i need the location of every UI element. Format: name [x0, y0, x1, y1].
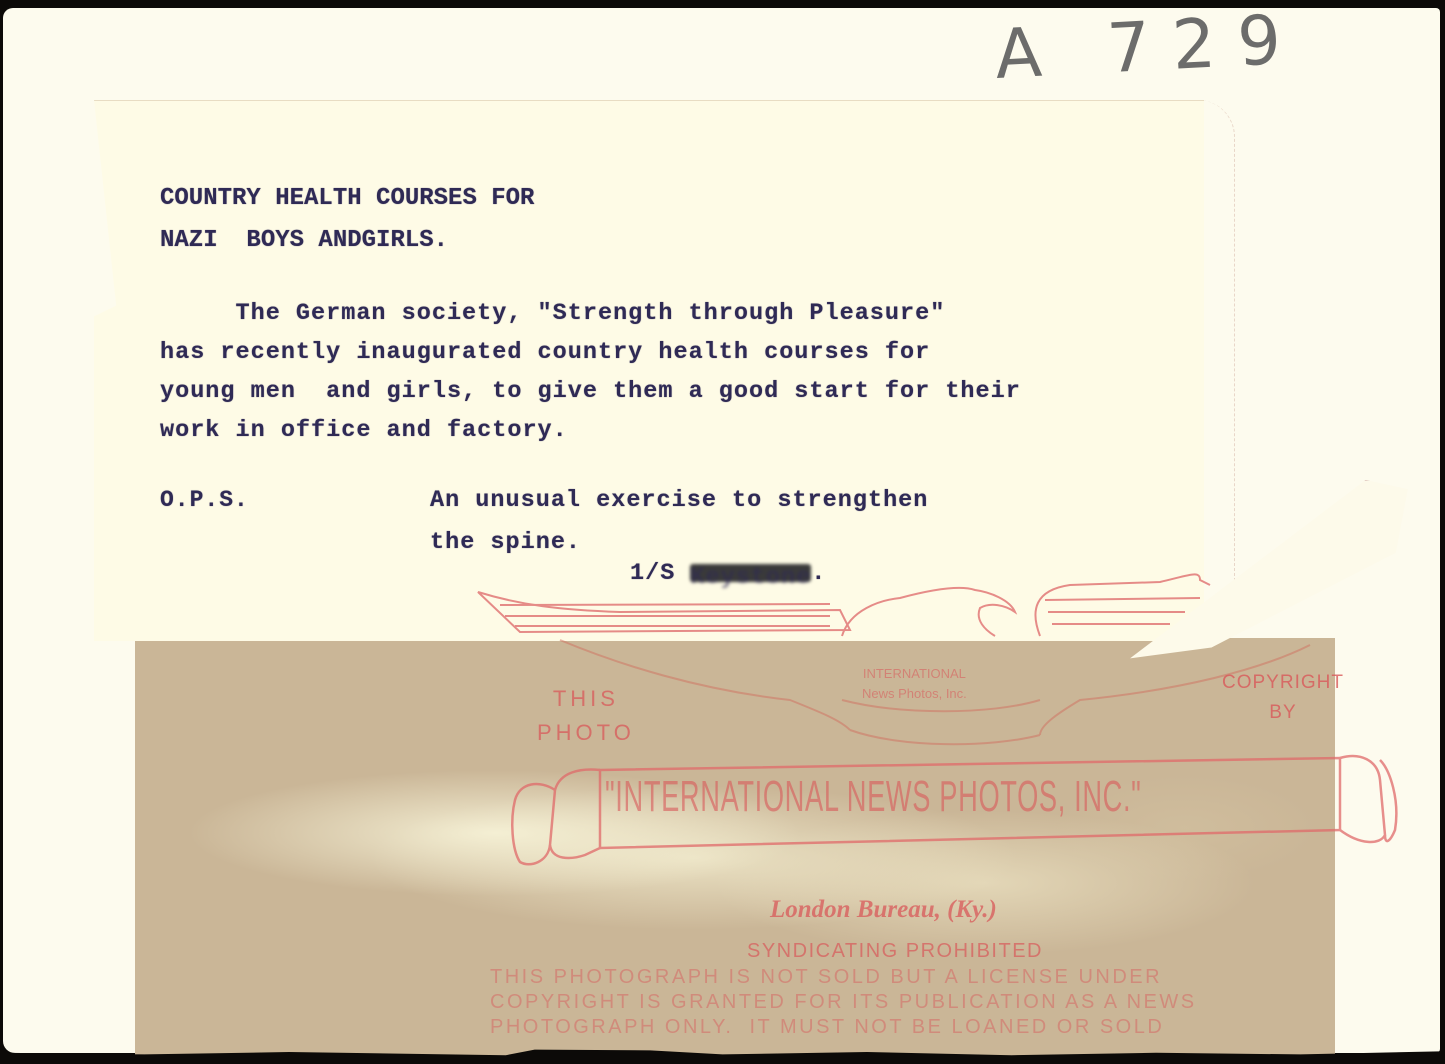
ops-label: O.P.S. [160, 487, 249, 513]
license-line: COPYRIGHT IS GRANTED FOR ITS PUBLICATION… [490, 990, 1197, 1015]
stamp-line: THIS [537, 682, 635, 716]
body-line: work in office and factory. [160, 411, 1021, 450]
caption-headline: COUNTRY HEALTH COURSES FORNAZI BOYS ANDG… [160, 178, 534, 262]
ops-description: An unusual exercise to strengthenthe spi… [430, 480, 928, 564]
eagle-line: News Photos, Inc. [862, 684, 967, 704]
syndicating-stamp: SYNDICATING PROHIBITED [747, 940, 1043, 963]
license-stamp: THIS PHOTOGRAPH IS NOT SOLD BUT A LICENS… [490, 965, 1197, 1040]
headline-line: COUNTRY HEALTH COURSES FOR [160, 178, 534, 220]
photo-credit: 1/S Keystone. [630, 560, 826, 587]
credit-suffix: . [811, 560, 826, 587]
archive-number: A 729 [993, 0, 1305, 95]
license-line: PHOTOGRAPH ONLY. IT MUST NOT BE LOANED O… [490, 1015, 1197, 1040]
redacted-agency-name: Keystone [690, 564, 811, 582]
copyright-stamp: COPYRIGHTBY [1222, 668, 1344, 728]
this-photo-stamp: THISPHOTO [537, 682, 635, 750]
caption-body: The German society, "Strength through Pl… [160, 294, 1021, 450]
body-line: young men and girls, to give them a good… [160, 372, 1021, 411]
stamp-line: COPYRIGHT [1222, 668, 1344, 698]
license-line: THIS PHOTOGRAPH IS NOT SOLD BUT A LICENS… [490, 965, 1197, 990]
ops-line: An unusual exercise to strengthen [430, 480, 928, 522]
body-line: has recently inaugurated country health … [160, 333, 1021, 372]
bureau-stamp: London Bureau, (Ky.) [770, 896, 997, 924]
headline-line: NAZI BOYS ANDGIRLS. [160, 220, 534, 262]
stamp-line: BY [1222, 698, 1344, 728]
body-line: The German society, "Strength through Pl… [160, 294, 1021, 333]
ops-line: the spine. [430, 522, 928, 564]
slip-torn-edge [1198, 100, 1235, 600]
credit-prefix: 1/S [630, 560, 675, 587]
eagle-stamp-text: INTERNATIONALNews Photos, Inc. [862, 664, 967, 704]
agency-banner-stamp: "INTERNATIONAL NEWS PHOTOS, INC." [605, 772, 1141, 822]
eagle-line: INTERNATIONAL [862, 664, 967, 684]
stamp-line: PHOTO [537, 716, 635, 750]
